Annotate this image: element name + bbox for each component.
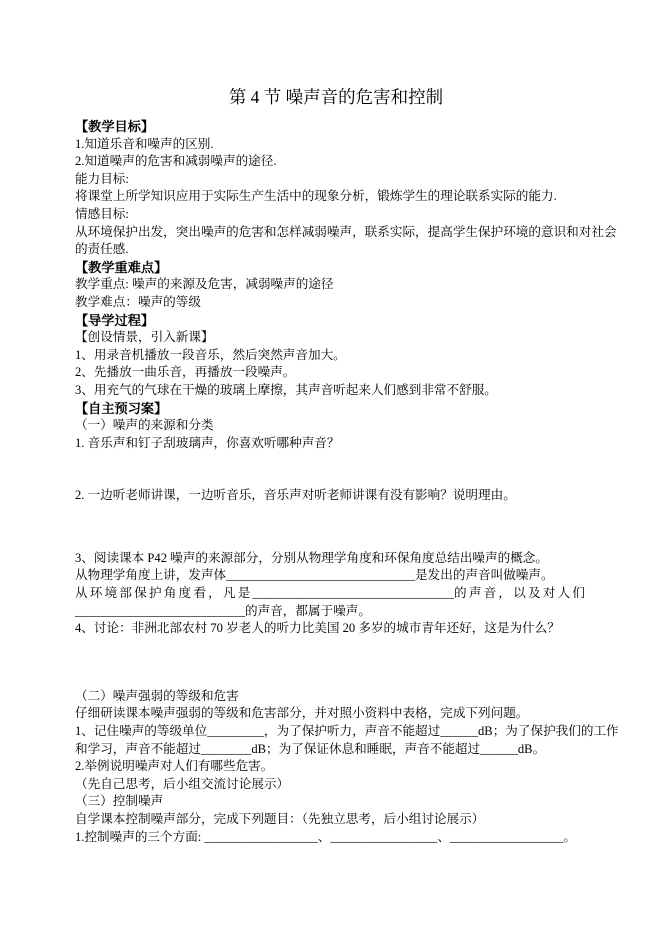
part2-question-2: 2.举例说明噪声对人们有哪些危害。: [75, 758, 597, 776]
goal-ability-text: 将课堂上所学知识应用于实际生产生活中的现象分析，锻炼学生的理论联系实际的能力.: [75, 188, 597, 206]
part2-intro: 仔细研读课本噪声强弱的等级和危害部分，并对照小资料中表格，完成下列问题。: [75, 705, 597, 723]
goal-emotion-text-line1: 从环境保护出发，突出噪声的危害和怎样减弱噪声，联系实际，提高学生保护环境的意识和…: [75, 224, 597, 242]
part3-intro: 自学课本控制噪声部分，完成下列题目：（先独立思考，后小组讨论展示）: [75, 811, 597, 829]
section-header-learning-process: 【导学过程】: [75, 312, 597, 330]
part2-question-1-line1: 1、记住噪声的等级单位_________，为了保护听力，声音不能超过______…: [75, 723, 597, 741]
part3-header: （三）控制噪声: [75, 793, 597, 811]
process-item-2: 2、先播放一曲乐音，再播放一段噪声。: [75, 364, 597, 382]
part1-q3-fill-line-1: 从物理学角度上讲，发声体____________________________…: [75, 567, 597, 585]
process-item-3: 3、用充气的气球在干燥的玻璃上摩擦，其声音听起来人们感到非常不舒服。: [75, 382, 597, 400]
goal-emotion-label: 情感目标:: [75, 206, 597, 224]
part1-question-2: 2. 一边听老师讲课，一边听音乐，音乐声对听老师讲课有没有影响？说明理由。: [75, 487, 597, 505]
fill-line-2-prefix: 从环境部保护角度看，凡是: [75, 586, 253, 600]
section-header-self-preview: 【自主预习案】: [75, 400, 597, 418]
part2-question-2-note: （先自己思考，后小组交流讨论展示）: [75, 776, 597, 794]
part1-q3-fill-line-3: ___________________________的声音，都属于噪声。: [75, 603, 597, 621]
goal-ability-label: 能力目标:: [75, 171, 597, 189]
page-title: 第 4 节 噪声音的危害和控制: [75, 86, 597, 108]
part1-q3-fill-line-2: 从环境部保护角度看，凡是____________________________…: [75, 585, 597, 603]
key-point-focus: 教学重点: 噪声的来源及危害，减弱噪声的途径: [75, 276, 597, 294]
process-intro-header: 【创设情景，引入新课】: [75, 329, 597, 347]
part1-question-4: 4、讨论：非洲北部农村 70 岁老人的听力比美国 20 多岁的城市青年还好，这是…: [75, 620, 597, 638]
part1-question-3: 3、阅读课本 P42 噪声的来源部分，分别从物理学角度和环保角度总结出噪声的概念…: [75, 550, 597, 568]
process-item-1: 1、用录音机播放一段音乐，然后突然声音加大。: [75, 347, 597, 365]
part1-header: （一）噪声的来源和分类: [75, 417, 597, 435]
fill-line-2-blank: ________________________________: [253, 586, 455, 600]
part2-question-1-line2: 和学习，声音不能超过________dB；为了保证休息和睡眠，声音不能超过___…: [75, 741, 597, 759]
goal-emotion-text-line2: 的责任感.: [75, 241, 597, 259]
part1-question-1: 1. 音乐声和钉子刮玻璃声，你喜欢听哪种声音？: [75, 435, 597, 453]
section-header-key-points: 【教学重难点】: [75, 259, 597, 277]
document-content: 第 4 节 噪声音的危害和控制 【教学目标】 1.知道乐音和噪声的区别. 2.知…: [75, 0, 597, 846]
part3-question-1: 1.控制噪声的三个方面: __________________、________…: [75, 829, 597, 847]
fill-line-2-suffix: 的声音，以及对人们: [454, 586, 587, 600]
part2-header: （二）噪声强弱的等级和危害: [75, 688, 597, 706]
document-page: 第 4 节 噪声音的危害和控制 【教学目标】 1.知道乐音和噪声的区别. 2.知…: [0, 0, 661, 935]
goal-line-2: 2.知道噪声的危害和减弱噪声的途径.: [75, 153, 597, 171]
section-header-teaching-goals: 【教学目标】: [75, 118, 597, 136]
key-point-difficulty: 教学难点：噪声的等级: [75, 294, 597, 312]
goal-line-1: 1.知道乐音和噪声的区别.: [75, 136, 597, 154]
